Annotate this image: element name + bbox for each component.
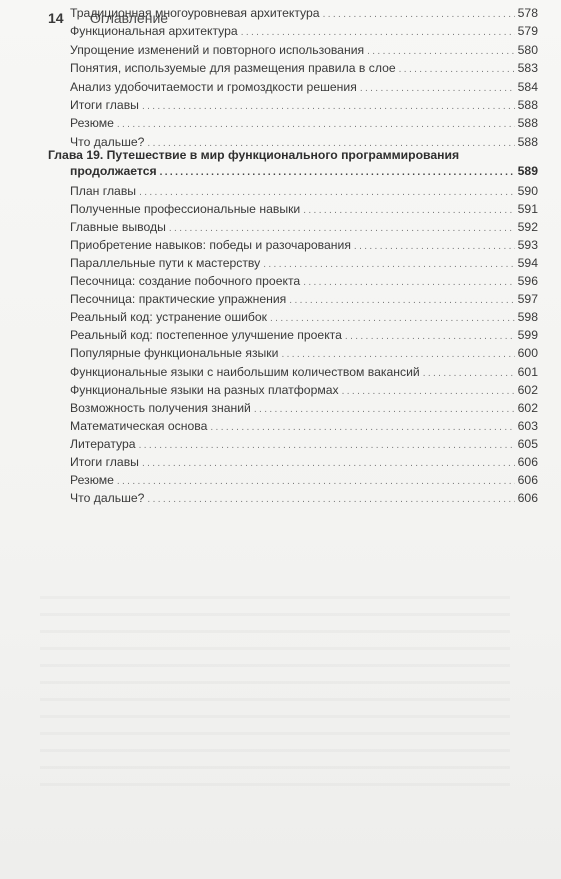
- leader-dots: [254, 402, 515, 418]
- toc-entry-title: Полученные профессиональные навыки: [70, 201, 300, 217]
- toc-entry-page: 597: [518, 291, 538, 307]
- leader-dots: [117, 117, 515, 133]
- toc-entry-title: Итоги главы: [70, 454, 139, 470]
- leader-dots: [289, 293, 514, 309]
- toc-entry: Анализ удобочитаемости и громоздкости ре…: [70, 79, 538, 95]
- toc-entry-title: Анализ удобочитаемости и громоздкости ре…: [70, 79, 357, 95]
- toc-entry: Реальный код: постепенное улучшение прое…: [70, 327, 538, 343]
- leader-dots: [423, 366, 515, 382]
- toc-entry-page: 583: [518, 60, 538, 76]
- toc-entry-page: 603: [518, 418, 538, 434]
- leader-dots: [142, 456, 515, 472]
- toc-entry-title: План главы: [70, 183, 136, 199]
- leader-dots: [147, 492, 514, 508]
- toc-entry-title: Резюме: [70, 115, 114, 131]
- toc-entry-page: 602: [518, 382, 538, 398]
- toc-entry: Песочница: практические упражнения597: [70, 291, 538, 307]
- toc-entry-page: 578: [518, 5, 538, 21]
- toc-entry-title: Функциональные языки на разных платформа…: [70, 382, 339, 398]
- toc-entry: Популярные функциональные языки600: [70, 345, 538, 361]
- toc-entry: Реальный код: устранение ошибок598: [70, 309, 538, 325]
- toc-entry: Итоги главы588: [70, 97, 538, 113]
- toc-entry: Песочница: создание побочного проекта596: [70, 273, 538, 289]
- toc-entry-page: 606: [518, 454, 538, 470]
- leader-dots: [303, 203, 514, 219]
- toc-entry-title: Резюме: [70, 472, 114, 488]
- toc-entry-page: 598: [518, 309, 538, 325]
- toc-entry-page: 599: [518, 327, 538, 343]
- toc-entry: Функциональные языки с наибольшим количе…: [70, 364, 538, 380]
- toc-entry-title: продолжается: [70, 163, 157, 179]
- leader-dots: [399, 62, 515, 78]
- leader-dots: [117, 474, 515, 490]
- toc-entry-title: Возможность получения знаний: [70, 400, 251, 416]
- toc-entry: Резюме588: [70, 115, 538, 131]
- toc-entry-title: Функциональные языки с наибольшим количе…: [70, 364, 420, 380]
- toc-entry: Приобретение навыков: победы и разочаров…: [70, 237, 538, 253]
- reverse-side-bleed-through: [40, 585, 510, 795]
- leader-dots: [323, 7, 515, 23]
- toc-entry: Резюме606: [70, 472, 538, 488]
- toc-entry-title: Итоги главы: [70, 97, 139, 113]
- toc-entry-title: Реальный код: постепенное улучшение прое…: [70, 327, 342, 343]
- toc-entry: Возможность получения знаний602: [70, 400, 538, 416]
- toc-entry-page: 592: [518, 219, 538, 235]
- toc-entry-page: 588: [518, 97, 538, 113]
- toc-entry-title: Традиционная многоуровневая архитектура: [70, 5, 320, 21]
- toc-entry: Традиционная многоуровневая архитектура5…: [70, 5, 538, 21]
- leader-dots: [360, 81, 515, 97]
- leader-dots: [342, 384, 515, 400]
- toc-entry-page: 594: [518, 255, 538, 271]
- leader-dots: [345, 329, 515, 345]
- toc-entry-page: 601: [518, 364, 538, 380]
- toc-entry-page: 590: [518, 183, 538, 199]
- toc-entry-page: 580: [518, 42, 538, 58]
- leader-dots: [303, 275, 514, 291]
- toc-entry-title: Функциональная архитектура: [70, 23, 238, 39]
- leader-dots: [270, 311, 515, 327]
- toc-entry-page: 600: [518, 345, 538, 361]
- toc-entry-title: Популярные функциональные языки: [70, 345, 278, 361]
- toc-entry-title: Приобретение навыков: победы и разочаров…: [70, 237, 351, 253]
- toc-entry: Параллельные пути к мастерству594: [70, 255, 538, 271]
- toc-entry: Функциональная архитектура579: [70, 23, 538, 39]
- leader-dots: [169, 221, 515, 237]
- toc-entry: продолжается589: [70, 163, 538, 179]
- toc-entry-page: 606: [518, 490, 538, 506]
- toc-entry-title: Упрощение изменений и повторного использ…: [70, 42, 364, 58]
- leader-dots: [263, 257, 514, 273]
- leader-dots: [139, 438, 515, 454]
- leader-dots: [354, 239, 515, 255]
- toc-entry: Главные выводы592: [70, 219, 538, 235]
- toc-entry-title: Что дальше?: [70, 490, 144, 506]
- toc-entry: Понятия, используемые для размещения пра…: [70, 60, 538, 76]
- toc-entry-title: Параллельные пути к мастерству: [70, 255, 260, 271]
- toc-entry-page: 596: [518, 273, 538, 289]
- toc-entry: Что дальше?606: [70, 490, 538, 506]
- toc-entry-title: Главные выводы: [70, 219, 166, 235]
- leader-dots: [241, 25, 515, 41]
- toc-entry-title: Реальный код: устранение ошибок: [70, 309, 267, 325]
- toc-entry-page: 579: [518, 23, 538, 39]
- toc-entry: Литература605: [70, 436, 538, 452]
- toc-entry-page: 588: [518, 115, 538, 131]
- leader-dots: [367, 44, 515, 60]
- leader-dots: [281, 347, 514, 363]
- toc-entry-page: 605: [518, 436, 538, 452]
- toc-entry-page: 606: [518, 472, 538, 488]
- leader-dots: [160, 165, 515, 181]
- toc-entry-page: 602: [518, 400, 538, 416]
- toc-entry-title: Песочница: практические упражнения: [70, 291, 286, 307]
- toc-entry-title: Математическая основа: [70, 418, 207, 434]
- toc-entry: План главы590: [70, 183, 538, 199]
- toc-entry-title: Литература: [70, 436, 136, 452]
- toc-entry-page: 589: [518, 163, 538, 179]
- toc-entry: Полученные профессиональные навыки591: [70, 201, 538, 217]
- toc-entry: Функциональные языки на разных платформа…: [70, 382, 538, 398]
- leader-dots: [210, 420, 514, 436]
- toc-entry-title: Понятия, используемые для размещения пра…: [70, 60, 396, 76]
- toc-entry-page: 584: [518, 79, 538, 95]
- book-page: 14 Оглавление Традиционная многоуровнева…: [0, 0, 561, 879]
- toc-entry-page: 588: [518, 134, 538, 150]
- chapter-heading: Глава 19. Путешествие в мир функциональн…: [48, 147, 459, 163]
- leader-dots: [139, 185, 515, 201]
- toc-entry-page: 591: [518, 201, 538, 217]
- toc-entry: Упрощение изменений и повторного использ…: [70, 42, 538, 58]
- leader-dots: [142, 99, 515, 115]
- toc-entry-title: Песочница: создание побочного проекта: [70, 273, 300, 289]
- toc-entry: Итоги главы606: [70, 454, 538, 470]
- toc-entry: Математическая основа603: [70, 418, 538, 434]
- toc-entry-page: 593: [518, 237, 538, 253]
